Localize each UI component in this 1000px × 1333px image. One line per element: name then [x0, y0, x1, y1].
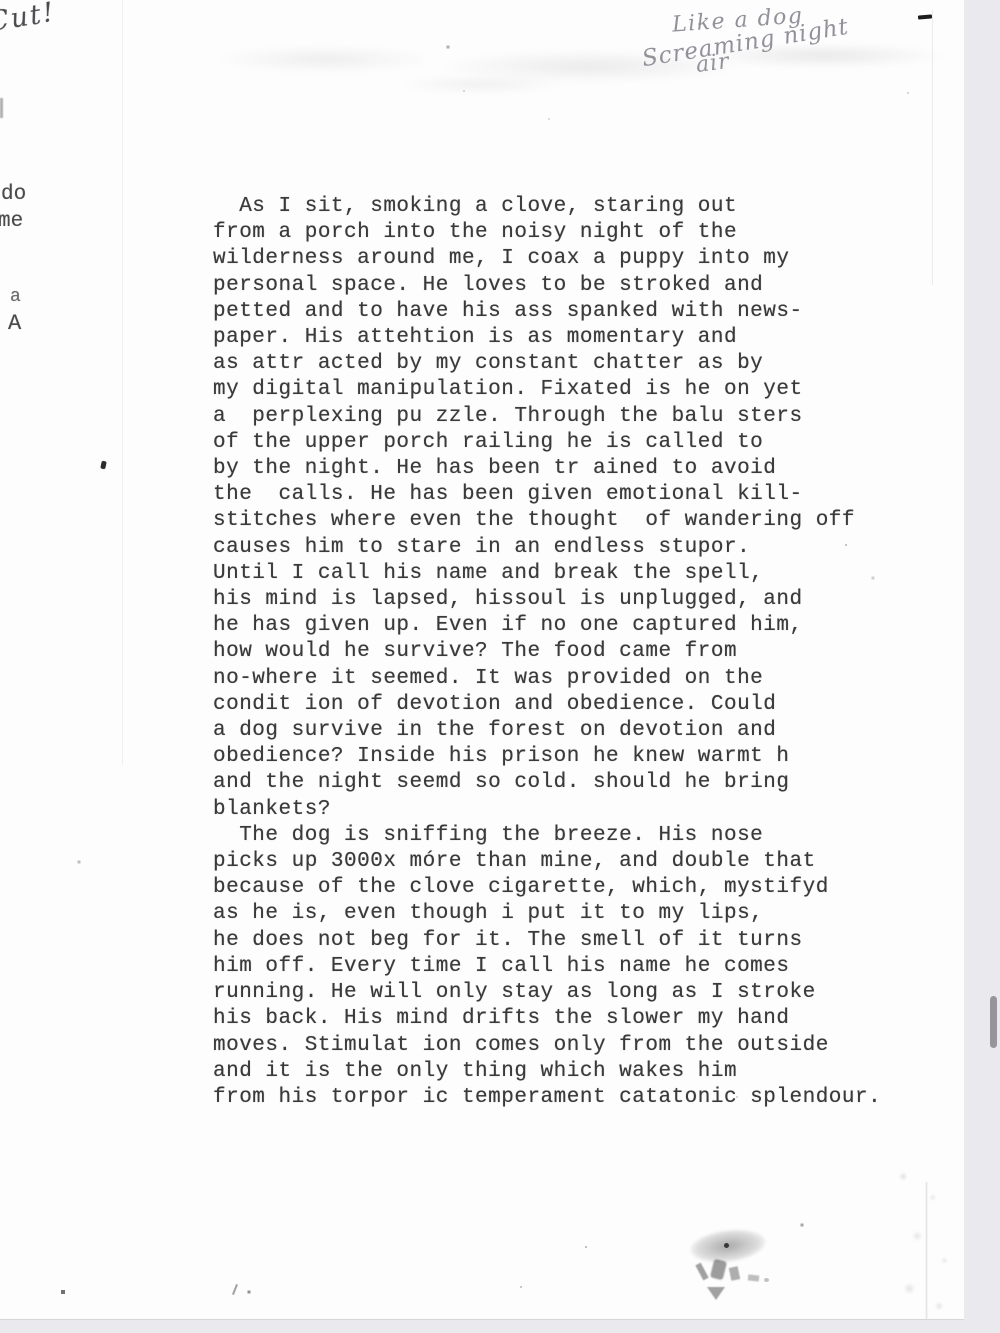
- typed-line: The dog is sniffing the breeze. His nose: [213, 823, 881, 849]
- left-edge-mark: [0, 98, 3, 118]
- typed-line: As I sit, smoking a clove, staring out: [213, 194, 881, 220]
- handwritten-note-line3: air: [695, 49, 731, 78]
- page-edge-line-top: [932, 10, 933, 285]
- typed-line: no-where it seemed. It was provided on t…: [213, 666, 881, 692]
- smudge-scribble: [764, 1278, 769, 1282]
- typed-line: from a porch into the noisy night of the: [213, 220, 881, 246]
- slash-mark: [232, 1284, 238, 1295]
- typed-line: and the night seemd so cold. should he b…: [213, 770, 881, 796]
- edge-noise-patch: [886, 1145, 964, 1320]
- margin-fragment: A: [8, 311, 21, 336]
- typed-line: as attr acted by my constant chatter as …: [213, 351, 881, 377]
- margin-fragment: me: [0, 210, 23, 233]
- handwritten-note-top-left: Cut!: [0, 0, 58, 38]
- ink-smudge-core: [724, 1243, 729, 1248]
- smudge-scribble: [748, 1274, 760, 1281]
- typed-line: his mind is lapsed, hissoul is unplugged…: [213, 587, 881, 613]
- typed-line: petted and to have his ass spanked with …: [213, 299, 881, 325]
- scrollbar-thumb[interactable]: [990, 996, 997, 1048]
- typed-line: picks up 3000x móre than mine, and doubl…: [213, 849, 881, 875]
- typed-line: of the upper porch railing he is called …: [213, 430, 881, 456]
- typed-line: obedience? Inside his prison he knew war…: [213, 744, 881, 770]
- typed-text: As I sit, smoking a clove, staring outfr…: [213, 194, 881, 1111]
- scan-specks: [0, 0, 2, 2]
- typed-line: how would he survive? The food came from: [213, 639, 881, 665]
- typed-line: he has given up. Even if no one captured…: [213, 613, 881, 639]
- typed-line: personal space. He loves to be stroked a…: [213, 273, 881, 299]
- scrollbar-track[interactable]: [964, 0, 1000, 1333]
- typed-line: my digital manipulation. Fixated is he o…: [213, 377, 881, 403]
- typed-line: moves. Stimulat ion comes only from the …: [213, 1033, 881, 1059]
- typed-line: condit ion of devotion and obedience. Co…: [213, 692, 881, 718]
- typed-line: a perplexing pu zzle. Through the balu s…: [213, 404, 881, 430]
- typed-line: blankets?: [213, 797, 881, 823]
- typed-line: paper. His attehtion is as momentary and: [213, 325, 881, 351]
- fold-line: [122, 0, 123, 765]
- typed-line: he does not beg for it. The smell of it …: [213, 928, 881, 954]
- typed-line: by the night. He has been tr ained to av…: [213, 456, 881, 482]
- margin-fragment: do: [1, 183, 26, 206]
- typed-line: and it is the only thing which wakes him: [213, 1059, 881, 1085]
- typed-line: stitches where even the thought of wande…: [213, 508, 881, 534]
- smudge-scribble: [710, 1259, 727, 1281]
- typed-line: his back. His mind drifts the slower my …: [213, 1006, 881, 1032]
- smudge-scribble: [695, 1263, 708, 1281]
- typed-line: from his torpor ic temperament catatonic…: [213, 1085, 881, 1111]
- typed-line: him off. Every time I call his name he c…: [213, 954, 881, 980]
- smudge-scribble: [729, 1266, 741, 1281]
- typed-line: running. He will only stay as long as I …: [213, 980, 881, 1006]
- typed-line: Until I call his name and break the spel…: [213, 561, 881, 587]
- typed-line: because of the clove cigarette, which, m…: [213, 875, 881, 901]
- typed-line: the calls. He has been given emotional k…: [213, 482, 881, 508]
- tick-mark: [100, 461, 107, 470]
- typed-line: as he is, even though i put it to my lip…: [213, 901, 881, 927]
- scan-noise-band: [185, 34, 963, 106]
- scanned-page: Cut! Like a dog Screaming night air do m…: [0, 0, 964, 1320]
- typed-line: causes him to stare in an endless stupor…: [213, 535, 881, 561]
- margin-fragment: a: [10, 287, 21, 307]
- typed-line: a dog survive in the forest on devotion …: [213, 718, 881, 744]
- typed-line: wilderness around me, I coax a puppy int…: [213, 246, 881, 272]
- dash-mark: [918, 14, 932, 19]
- smudge-triangle-mark: [707, 1287, 725, 1300]
